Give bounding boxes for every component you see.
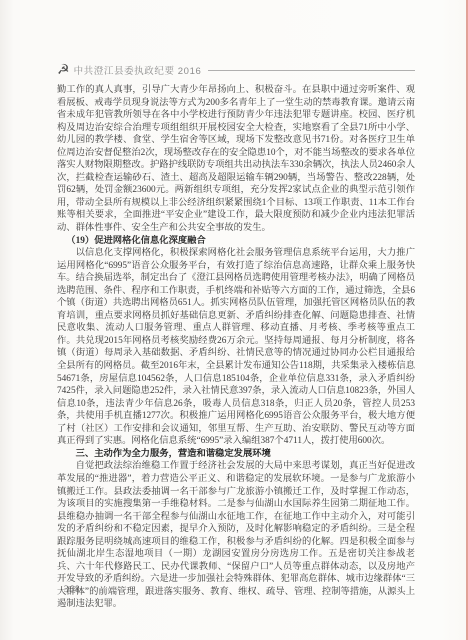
page-body: 勤工作的真人真事，引导广大青少年昂扬向上、积极奋斗。在县职中通过旁听案件、观看展… (57, 84, 415, 611)
paragraph-continuation: 勤工作的真人真事，引导广大青少年昂扬向上、积极奋斗。在县职中通过旁听案件、观看展… (57, 84, 415, 235)
paragraph-grid-informatization: 以信息化支撑网格化，积极探索网格化社会服务管理信息系统平台运用，大力推广运用网格… (57, 247, 415, 448)
section-heading-3: 三、主动作为全力服务，营造和谐稳定发展环境 (57, 448, 415, 461)
header-rule-divider (208, 70, 415, 71)
running-header: ☭ 中共澄江县委执政纪要 2016 (57, 62, 415, 78)
party-emblem-icon: ☭ (57, 63, 70, 77)
header-title: 中共澄江县委执政纪要 2016 (74, 63, 202, 77)
document-page: ☭ 中共澄江县委执政纪要 2016 勤工作的真人真事，引导广大青少年昂扬向上、积… (0, 0, 468, 640)
page-number: 368 (64, 584, 81, 594)
paragraph-service-environment: 自觉把政法综治维稳工作置于经济社会发展的大局中来思考谋划，真正当好促进改革发展的… (57, 460, 415, 611)
subsection-heading-19: （19）促进网格化信息化深度融合 (57, 235, 415, 248)
